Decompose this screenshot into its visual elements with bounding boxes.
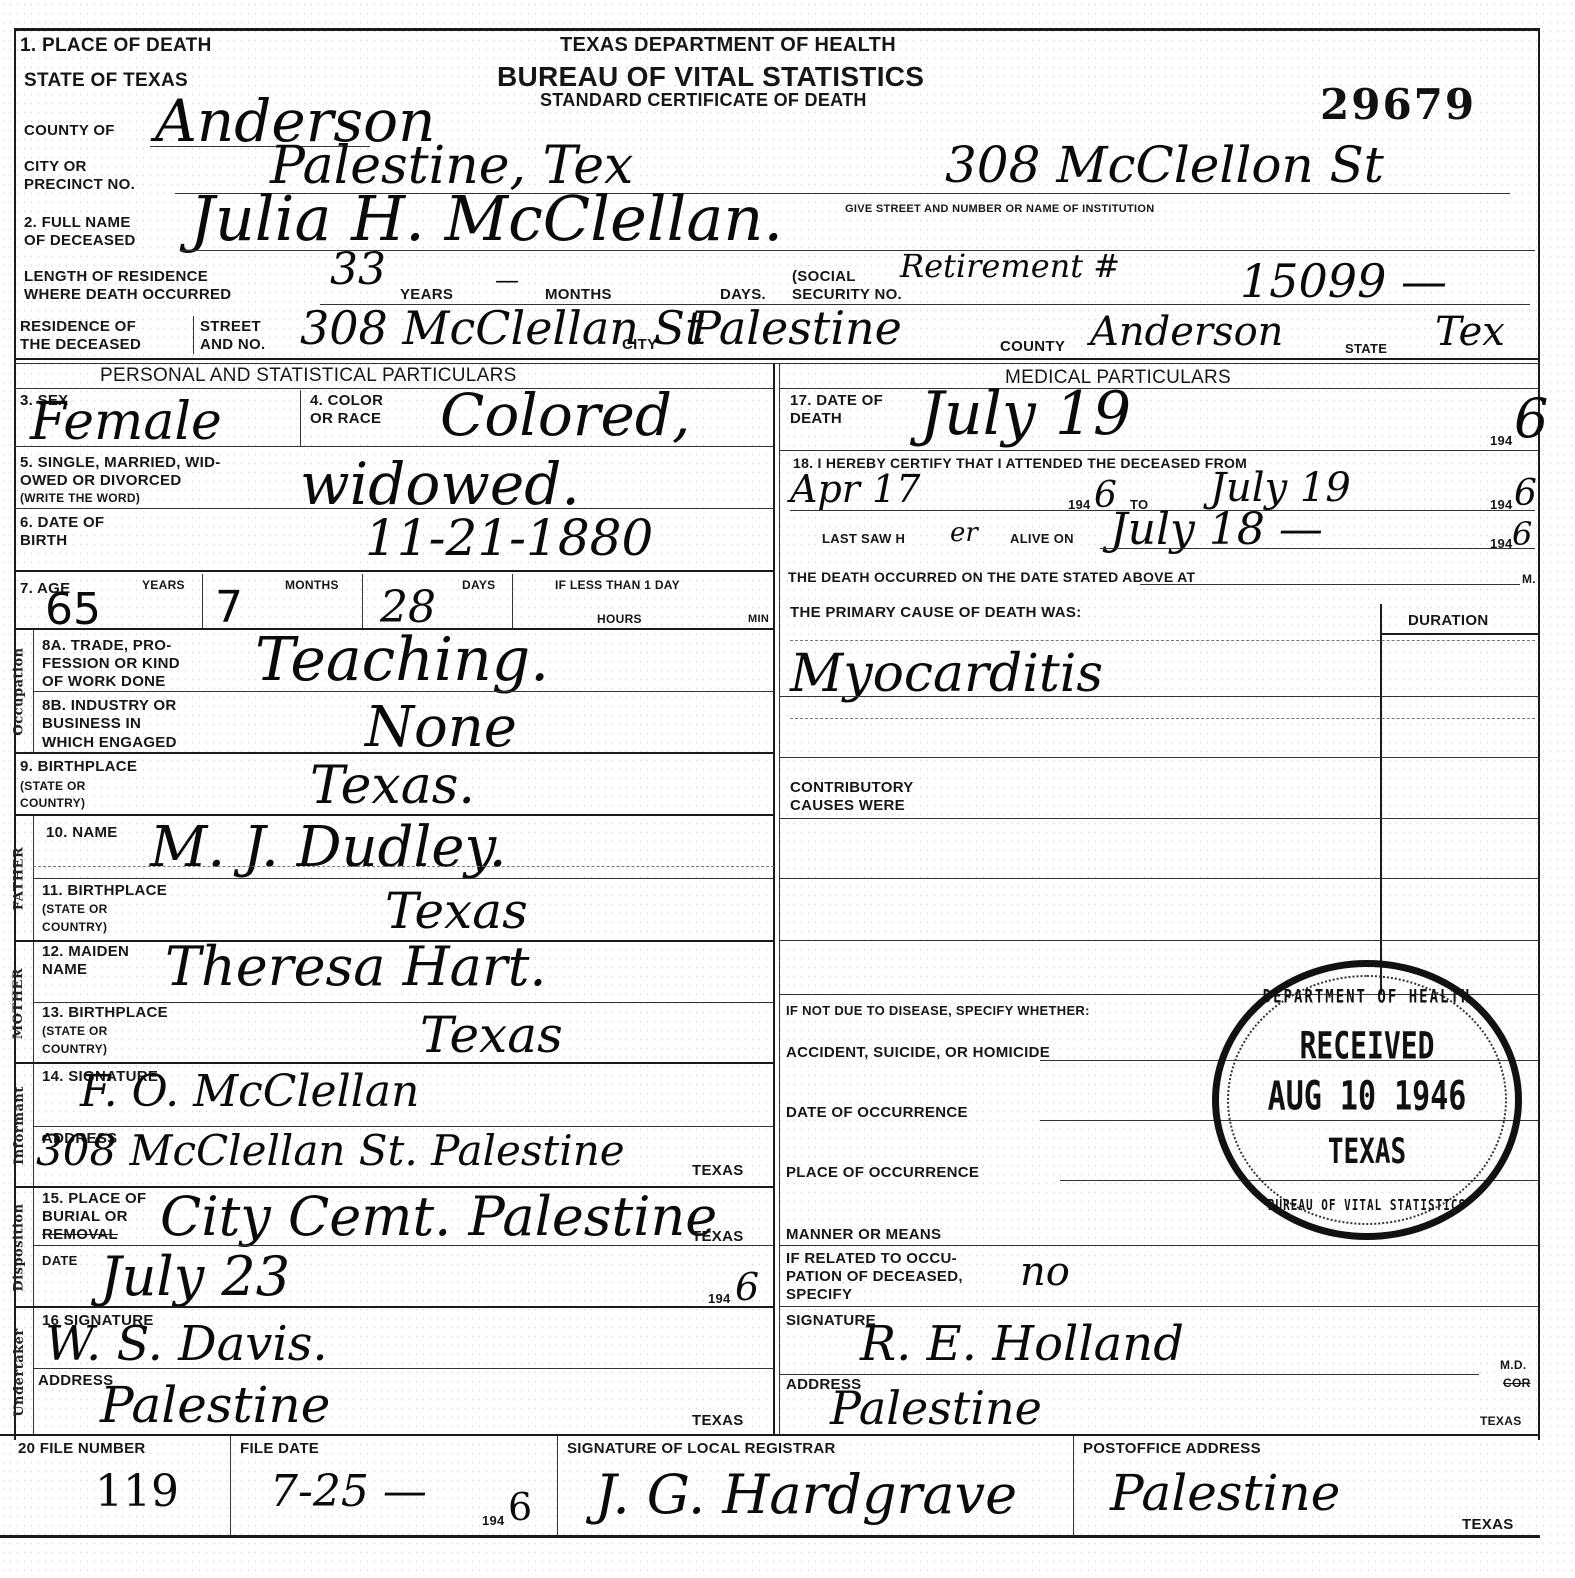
ss-label-1: (SOCIAL xyxy=(792,268,856,285)
age-divider-3 xyxy=(512,574,513,628)
last-saw-value: July 18 — xyxy=(1110,508,1323,552)
undertaker-state-suffix: TEXAS xyxy=(692,1412,744,1429)
stamp-received: RECEIVED xyxy=(1219,1023,1515,1068)
death-year-prefix: 194 xyxy=(1490,432,1513,449)
min-label: MIN xyxy=(748,612,769,626)
last-saw-pronoun: er xyxy=(950,520,978,546)
undertaker-signature-line xyxy=(33,1368,774,1369)
birth-date-label-2: BIRTH xyxy=(20,532,67,549)
residence-length-label-2: WHERE DEATH OCCURRED xyxy=(24,286,231,303)
primary-cause-dashed-2 xyxy=(790,718,1535,719)
mother-name-value: Theresa Hart. xyxy=(165,940,547,994)
industry-value: None xyxy=(365,700,517,756)
father-name-value: M. J. Dudley. xyxy=(150,820,507,876)
trade-label-3: OF WORK DONE xyxy=(42,673,166,690)
registrar-divider-2 xyxy=(557,1436,558,1536)
registrar-divider-1 xyxy=(230,1436,231,1536)
father-line xyxy=(33,878,774,879)
residence-years-value: 33 xyxy=(330,248,386,292)
residence-state-value: Tex xyxy=(1435,312,1505,352)
residence-divider xyxy=(193,316,194,354)
industry-label-1: 8B. INDUSTRY OR xyxy=(42,697,177,714)
age-months-label: MONTHS xyxy=(285,578,339,592)
physician-signature-value: R. E. Holland xyxy=(860,1320,1184,1368)
attended-to-year: 6 xyxy=(1514,476,1537,512)
birthplace-label-3: COUNTRY) xyxy=(20,796,85,810)
physician-address-value: Palestine xyxy=(830,1385,1042,1431)
residence-months-value: — xyxy=(495,268,519,292)
residence-length-label-1: LENGTH OF RESIDENCE xyxy=(24,268,208,285)
marital-value: widowed. xyxy=(300,455,580,513)
stamp-state: TEXAS xyxy=(1219,1132,1515,1173)
disposition-side-label: Disposition xyxy=(8,1188,30,1306)
certificate: 1. PLACE OF DEATH TEXAS DEPARTMENT OF HE… xyxy=(0,0,1575,1578)
medical-title-line xyxy=(779,388,1539,389)
mother-side-divider xyxy=(33,942,34,1064)
burial-year-suffix: 6 xyxy=(735,1268,759,1306)
residence-county-label: COUNTY xyxy=(1000,338,1065,355)
marital-label-3: (WRITE THE WORD) xyxy=(20,491,140,505)
trade-label-1: 8A. TRADE, PRO- xyxy=(42,637,172,654)
occupation-related-line xyxy=(779,1306,1539,1307)
residence-state-label: STATE xyxy=(1345,340,1387,357)
residence-city-label: CITY xyxy=(622,336,657,353)
age-months-value: 7 xyxy=(215,586,243,630)
attended-from-value: Apr 17 xyxy=(790,470,920,508)
contributory-line-3 xyxy=(779,940,1539,941)
age-years-value: 65 xyxy=(45,588,101,632)
mother-birthplace-value: Texas xyxy=(420,1010,563,1060)
physician-state-suffix: TEXAS xyxy=(1480,1414,1522,1428)
occupation-related-label-2: PATION OF DECEASED, xyxy=(786,1268,963,1285)
occupation-related-label-3: SPECIFY xyxy=(786,1286,852,1303)
section-divider-top xyxy=(14,358,1540,360)
primary-cause-dashed xyxy=(790,640,1535,641)
death-date-value: July 19 xyxy=(920,384,1131,444)
file-number-label: 20 FILE NUMBER xyxy=(18,1440,146,1457)
death-year-suffix: 6 xyxy=(1514,392,1548,446)
place-of-death-label: 1. PLACE OF DEATH xyxy=(20,37,212,54)
last-saw-year-prefix: 194 xyxy=(1490,535,1513,552)
race-label-1: 4. COLOR xyxy=(310,392,383,409)
file-year-prefix: 194 xyxy=(482,1512,505,1529)
informant-side-label: Informant xyxy=(8,1064,30,1186)
ss-note: Retirement # xyxy=(900,250,1120,282)
burial-year-prefix: 194 xyxy=(708,1290,731,1307)
trade-label-2: FESSION OR KIND xyxy=(42,655,180,672)
age-divider-2 xyxy=(362,574,363,628)
death-time-suffix: M. xyxy=(1522,572,1536,586)
ss-value: 15099 — xyxy=(1240,258,1447,304)
less-than-day-label: IF LESS THAN 1 DAY xyxy=(555,578,680,592)
undertaker-section-line xyxy=(0,1434,1540,1436)
undertaker-signature-value: W. S. Davis. xyxy=(45,1320,328,1368)
certificate-title: STANDARD CERTIFICATE OF DEATH xyxy=(540,92,867,109)
burial-date-value: July 23 xyxy=(100,1250,290,1304)
stamp-bottom-arc: BUREAU OF VITAL STATISTICS xyxy=(1219,1197,1515,1215)
file-date-label: FILE DATE xyxy=(240,1440,319,1457)
physician-signature-line xyxy=(779,1374,1479,1375)
last-saw-year: 6 xyxy=(1512,518,1532,550)
stamp-date: AUG 10 1946 xyxy=(1219,1073,1515,1120)
primary-cause-label: THE PRIMARY CAUSE OF DEATH WAS: xyxy=(790,604,1082,621)
residence-label-1: RESIDENCE OF xyxy=(20,318,136,335)
death-date-label-1: 17. DATE OF xyxy=(790,392,883,409)
informant-address-value: 308 McClellan St. Palestine xyxy=(36,1130,625,1172)
burial-state-suffix: TEXAS xyxy=(692,1228,744,1245)
file-date-value: 7-25 — xyxy=(270,1470,427,1514)
full-name-label-2: OF DECEASED xyxy=(24,232,136,249)
occupation-related-label-1: IF RELATED TO OCCU- xyxy=(786,1250,957,1267)
duration-label: DURATION xyxy=(1408,612,1488,629)
burial-label-2: BURIAL OR xyxy=(42,1208,128,1225)
street-hint: GIVE STREET AND NUMBER OR NAME OF INSTIT… xyxy=(845,203,1154,216)
birthplace-label-2: (STATE OR xyxy=(20,779,86,793)
primary-cause-line-1 xyxy=(779,696,1539,697)
mother-birthplace-label-2: (STATE OR xyxy=(42,1024,108,1038)
death-date-line xyxy=(779,450,1539,451)
street-label-2: AND NO. xyxy=(200,336,265,353)
file-year-suffix: 6 xyxy=(508,1488,532,1526)
primary-cause-value: Myocarditis xyxy=(790,648,1103,700)
street-value: 308 McClellon St xyxy=(945,140,1384,190)
undertaker-side-label: Undertaker xyxy=(8,1308,30,1436)
father-birthplace-value: Texas xyxy=(385,886,528,936)
manner-line xyxy=(779,1245,1539,1246)
registrar-signature-label: SIGNATURE OF LOCAL REGISTRAR xyxy=(567,1440,836,1457)
father-birthplace-label-1: 11. BIRTHPLACE xyxy=(42,882,167,899)
death-time-label: THE DEATH OCCURRED ON THE DATE STATED AB… xyxy=(788,570,1195,584)
street-label-1: STREET xyxy=(200,318,261,335)
industry-label-3: WHICH ENGAGED xyxy=(42,734,177,751)
duration-column xyxy=(1380,604,1540,994)
occupation-related-value: no xyxy=(1020,1252,1070,1292)
stamp-top-arc: DEPARTMENT OF HEALTH xyxy=(1219,986,1515,1008)
occupation-side-label: Occupation xyxy=(8,630,30,752)
race-value: Colored, xyxy=(440,386,690,444)
age-days-label: DAYS xyxy=(462,578,495,592)
frame-top xyxy=(14,28,1540,31)
full-name-value: Julia H. McClellan. xyxy=(190,188,783,250)
informant-state-suffix: TEXAS xyxy=(692,1162,744,1179)
column-divider-2 xyxy=(779,363,780,1435)
received-stamp: DEPARTMENT OF HEALTH RECEIVED AUG 10 194… xyxy=(1212,960,1522,1240)
primary-cause-line-2 xyxy=(779,757,1539,758)
city-label-1: CITY OR xyxy=(24,158,87,175)
column-divider xyxy=(773,363,775,1435)
registrar-signature-value: J. G. Hardgrave xyxy=(595,1468,1017,1522)
attended-to-value: July 19 xyxy=(1210,468,1351,508)
informant-side-divider xyxy=(33,1064,34,1186)
residence-county-value: Anderson xyxy=(1090,312,1283,352)
mother-birthplace-label-1: 13. BIRTHPLACE xyxy=(42,1004,168,1021)
marital-label-1: 5. SINGLE, MARRIED, WID- xyxy=(20,454,221,471)
duration-header-line xyxy=(1380,633,1538,635)
department-title: TEXAS DEPARTMENT OF HEALTH xyxy=(560,37,896,54)
father-name-line xyxy=(33,866,774,867)
industry-label-2: BUSINESS IN xyxy=(42,715,141,732)
place-occurrence-label: PLACE OF OCCURRENCE xyxy=(786,1164,979,1181)
father-side-label: FATHER xyxy=(8,816,30,940)
death-date-label-2: DEATH xyxy=(790,410,842,427)
hours-label: HOURS xyxy=(597,612,642,626)
occupation-line xyxy=(14,752,774,754)
contributory-label-2: CAUSES WERE xyxy=(790,797,905,814)
marital-label-2: OWED OR DIVORCED xyxy=(20,472,181,489)
sex-value: Female xyxy=(30,396,222,448)
burial-label-1: 15. PLACE OF xyxy=(42,1190,146,1207)
residence-label-2: THE DECEASED xyxy=(20,336,141,353)
contributory-label-1: CONTRIBUTORY xyxy=(790,779,914,796)
trade-value: Teaching. xyxy=(255,630,549,690)
burial-date-label: DATE xyxy=(42,1252,78,1269)
disposition-section-line xyxy=(14,1306,774,1308)
disposition-side-divider xyxy=(33,1188,34,1436)
mother-name-line xyxy=(33,1002,774,1003)
city-label-2: PRECINCT NO. xyxy=(24,176,135,193)
mother-birthplace-label-3: COUNTRY) xyxy=(42,1042,107,1056)
certificate-number: 29679 xyxy=(1320,80,1476,129)
mother-side-label: MOTHER xyxy=(8,942,30,1064)
manner-label: MANNER OR MEANS xyxy=(786,1226,941,1243)
age-days-value: 28 xyxy=(380,586,436,630)
mother-name-label-2: NAME xyxy=(42,961,87,978)
undertaker-address-value: Palestine xyxy=(100,1380,330,1430)
burial-label-3: REMOVAL xyxy=(42,1226,118,1243)
alive-on-label: ALIVE ON xyxy=(1010,532,1074,546)
race-label-2: OR RACE xyxy=(310,410,381,427)
date-occurrence-label: DATE OF OCCURRENCE xyxy=(786,1104,968,1121)
father-birthplace-label-2: (STATE OR xyxy=(42,902,108,916)
accident-label: ACCIDENT, SUICIDE, OR HOMICIDE xyxy=(786,1044,1050,1061)
file-number-value: 119 xyxy=(95,1470,179,1514)
postoffice-label: POSTOFFICE ADDRESS xyxy=(1083,1440,1261,1457)
frame-bottom xyxy=(0,1535,1540,1538)
birth-date-label-1: 6. DATE OF xyxy=(20,514,104,531)
postoffice-value: Palestine xyxy=(1110,1468,1340,1518)
contributory-line-1 xyxy=(779,818,1539,819)
contributory-line-2 xyxy=(779,878,1539,879)
birth-line xyxy=(14,570,774,572)
last-saw-label: LAST SAW H xyxy=(822,532,905,546)
burial-value: City Cemt. Palestine xyxy=(160,1190,717,1244)
trade-line xyxy=(33,691,774,692)
county-label: COUNTY OF xyxy=(24,122,115,139)
birthplace-label-1: 9. BIRTHPLACE xyxy=(20,758,137,775)
birth-date-value: 11-21-1880 xyxy=(365,513,653,563)
death-time-line xyxy=(1140,584,1520,585)
mother-name-label-1: 12. MAIDEN xyxy=(42,943,129,960)
birthplace-value: Texas. xyxy=(310,760,475,812)
informant-signature-value: F. O. McClellan xyxy=(80,1070,419,1114)
cor-label: COR xyxy=(1503,1376,1531,1390)
sex-race-divider xyxy=(300,390,301,446)
bureau-title: BUREAU OF VITAL STATISTICS xyxy=(497,62,924,92)
not-disease-label: IF NOT DUE TO DISEASE, SPECIFY WHETHER: xyxy=(786,1004,1090,1018)
age-years-label: YEARS xyxy=(142,578,185,592)
section-divider-top-2 xyxy=(14,363,1540,364)
full-name-label-1: 2. FULL NAME xyxy=(24,214,131,231)
father-name-label: 10. NAME xyxy=(46,824,118,841)
registrar-divider-3 xyxy=(1073,1436,1074,1536)
residence-city-value: Palestine xyxy=(690,305,902,351)
sex-line xyxy=(14,446,774,447)
md-label: M.D. xyxy=(1500,1358,1527,1372)
age-divider-1 xyxy=(202,574,203,628)
mother-section-line xyxy=(14,1062,774,1064)
father-birthplace-label-3: COUNTRY) xyxy=(42,920,107,934)
last-saw-line xyxy=(1100,548,1535,549)
postoffice-state-suffix: TEXAS xyxy=(1462,1516,1514,1533)
